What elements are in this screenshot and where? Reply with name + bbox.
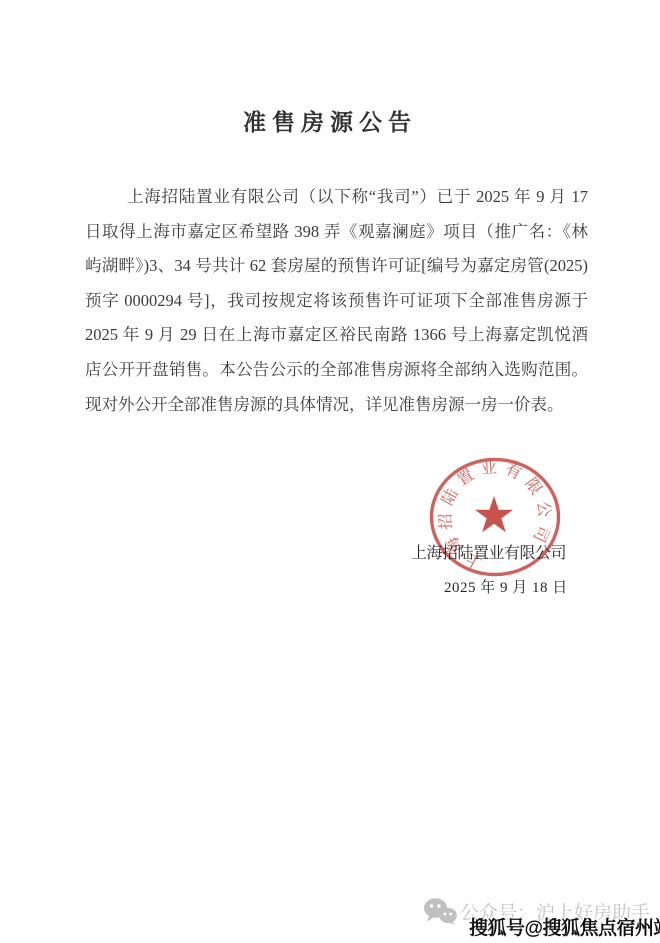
body-line: 店公开开盘销售。本公告公示的全部准售房源将全部纳入选购范围。	[85, 353, 588, 388]
company-name: 上海招陆置业有限公司	[411, 540, 566, 563]
sohu-watermark: 搜狐号@搜狐焦点宿州站	[469, 913, 660, 940]
body-line: 预字 0000294 号]，我司按规定将该预售许可证项下全部准售房源于	[85, 284, 588, 319]
body-line: 上海招陆置业有限公司（以下称“我司”）已于 2025 年 9 月 17	[85, 180, 588, 215]
page-title: 准售房源公告	[0, 104, 660, 137]
announcement-date: 2025 年 9 月 18 日	[444, 576, 568, 597]
body-line: 2025 年 9 月 29 日在上海市嘉定区裕民南路 1366 号上海嘉定凯悦酒	[85, 318, 588, 353]
body-line: 屿湖畔》)3、34 号共计 62 套房屋的预售许可证[编号为嘉定房管(2025)	[85, 249, 588, 284]
seal-star-icon	[475, 496, 513, 532]
body-line: 现对外公开全部准售房源的具体情况，详见准售房源一房一价表。	[85, 388, 588, 423]
company-seal-graphic: 上海招陆置业有限公司	[412, 439, 578, 595]
wechat-icon	[423, 897, 457, 925]
company-seal: 上海招陆置业有限公司	[412, 439, 578, 595]
announcement-document: 准售房源公告 上海招陆置业有限公司（以下称“我司”）已于 2025 年 9 月 …	[0, 0, 660, 943]
body-line: 日取得上海市嘉定区希望路 398 弄《观嘉澜庭》项目（推广名：《林	[85, 215, 588, 250]
announcement-body: 上海招陆置业有限公司（以下称“我司”）已于 2025 年 9 月 17 日取得上…	[85, 180, 588, 422]
